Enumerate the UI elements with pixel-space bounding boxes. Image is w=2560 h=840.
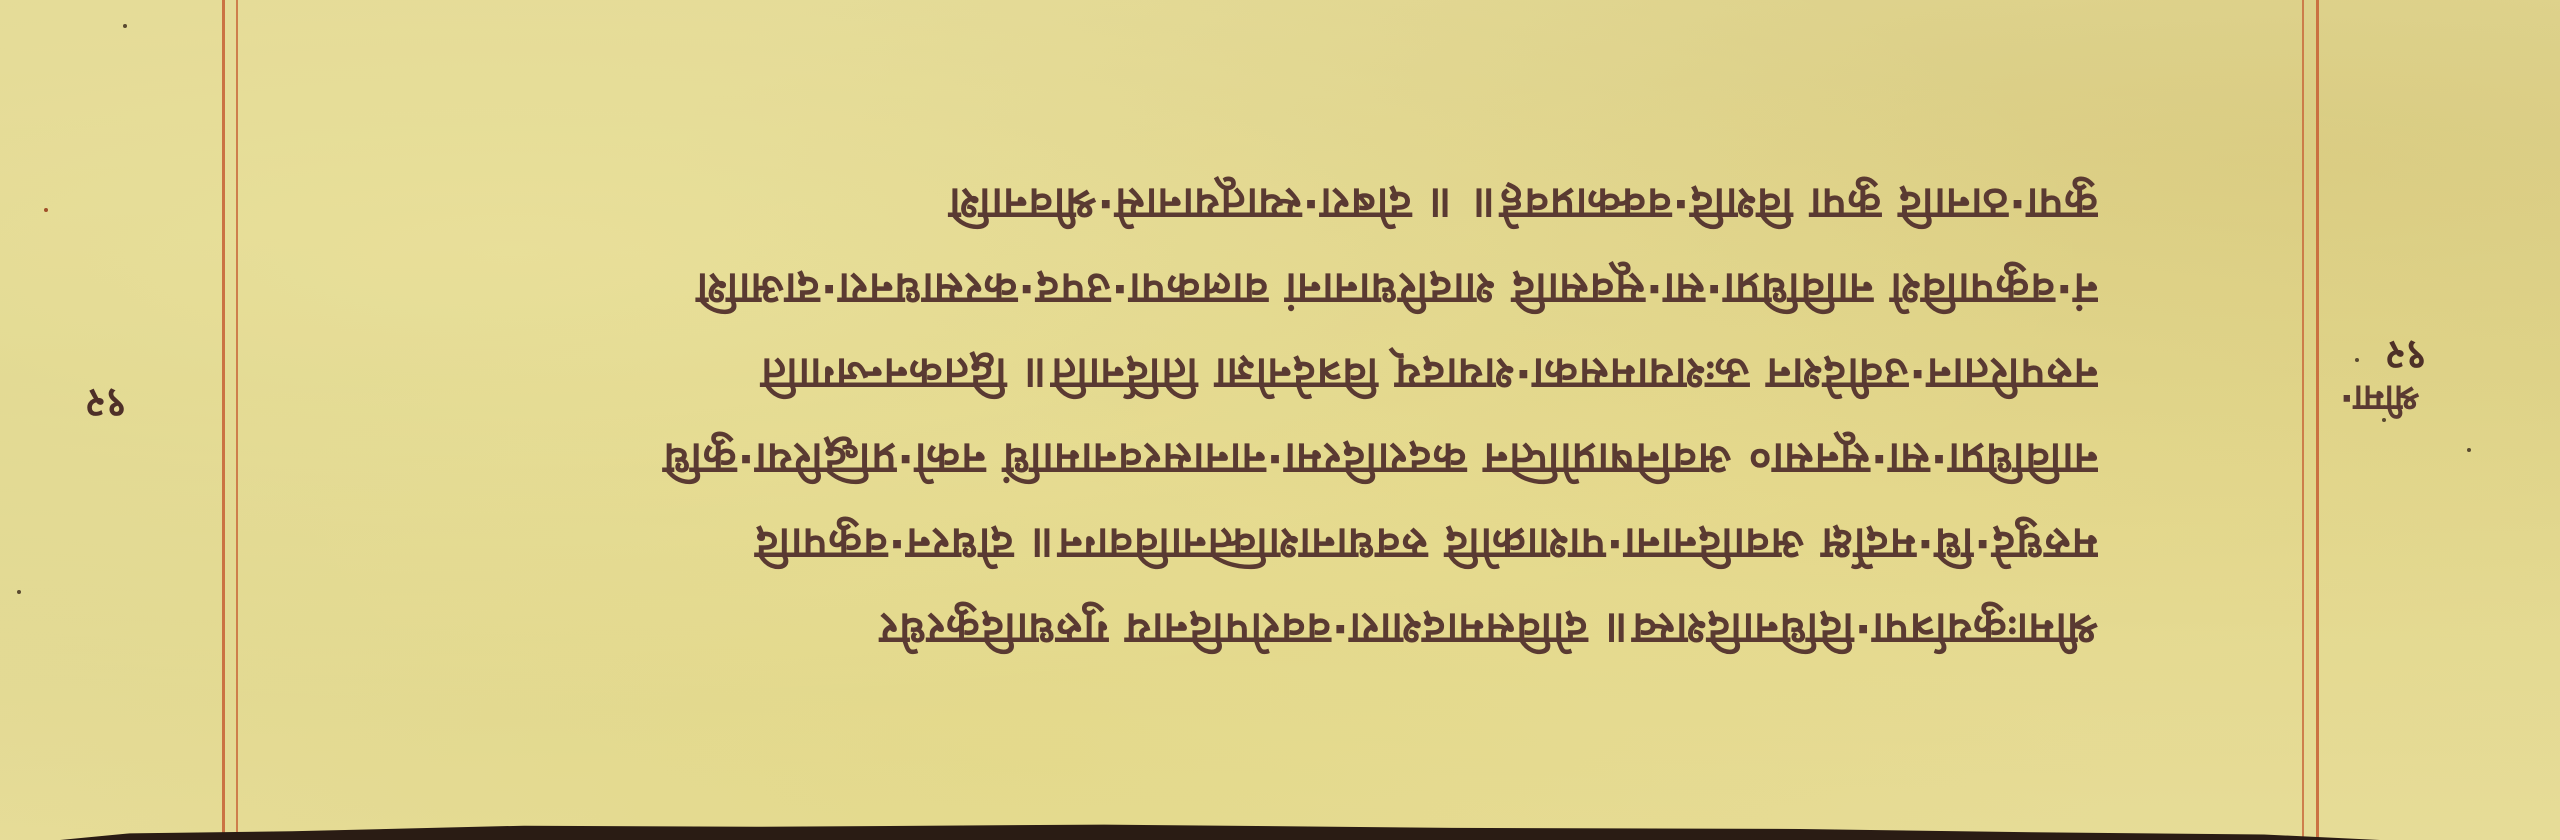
text-line-1: श्रीमाःकुर्यात्रपा·दिधिनादिशस्व॥ दोविसमा… xyxy=(248,596,2098,660)
left-margin-rule-outer xyxy=(222,0,225,840)
text-line-6: कुपा·ठानादि कुपा विशदि·वक्काप्रवहे॥ ॥ दो… xyxy=(248,171,2098,235)
paper-speck xyxy=(2382,418,2386,422)
right-margin-title: श्रीमा· xyxy=(2340,375,2419,424)
manuscript-text-block: श्रीमाःकुर्यात्रपा·दिधिनादिशस्व॥ दोविसमा… xyxy=(248,170,2098,660)
paper-speck xyxy=(2467,448,2471,452)
paper-speck xyxy=(17,590,21,594)
manuscript-folio: ९२ ९२ श्रीमा· श्रीमाःकुर्यात्रपा·दिधिनाद… xyxy=(0,0,2560,840)
text-line-4: नरुपरितान·उवीदेशन ऊःशयामसका·शयादय् वित्र… xyxy=(248,341,2098,405)
right-margin-rule-outer xyxy=(2316,0,2319,840)
torn-bottom-edge xyxy=(60,818,2380,840)
left-folio-number: ९२ xyxy=(85,378,127,433)
paper-speck xyxy=(2355,358,2359,362)
text-line-3: नाविधिप्रा·सा·सूनसा० अवनिषाप्रोप्तिन कदर… xyxy=(248,426,2098,490)
right-margin-rule-inner xyxy=(2302,0,2304,840)
left-margin-rule-inner xyxy=(236,0,238,840)
text-line-2: मरुधुदे·धि·मर्दोक्ष अवादिनाना·पाशाक्रोदि… xyxy=(248,511,2098,575)
paper-speck xyxy=(44,208,48,212)
paper-speck xyxy=(123,24,127,28)
text-line-5: नं·वकुपाविशे नाविधिप्रा·सा·सूवसादि शादरि… xyxy=(248,256,2098,320)
